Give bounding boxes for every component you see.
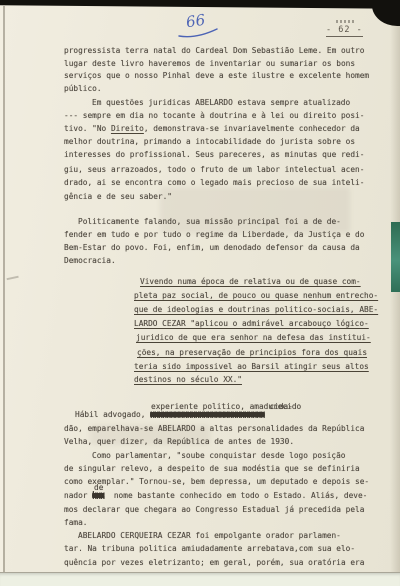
underlined-word: Direito	[111, 124, 144, 133]
pencil-scribble-mark	[336, 20, 356, 23]
typewritten-line: como exemplar." Tornou-se, bem depressa,…	[64, 477, 369, 486]
line-segment: nador	[64, 491, 92, 500]
typed-correction: de	[94, 483, 103, 492]
typewritten-line: drado, ai se encontra como o legado mais…	[64, 178, 364, 187]
binding-crease-line	[3, 6, 5, 573]
typewritten-line: mos declarar que chegara ao Congresso Es…	[64, 505, 364, 514]
typewritten-line-with-correction: nador kxxde nome bastante conhecido em t…	[64, 491, 367, 500]
block-quote-line: teria sido impossivel ao Barsil atingir …	[134, 362, 369, 371]
line-segment: nome bastante conhecido em todo o Estado…	[104, 491, 367, 500]
underlying-pages-edge	[0, 572, 400, 586]
line-segment: tivo. "No	[64, 124, 111, 133]
document-page: 66 - 62 - progressista terra natal do Ca…	[0, 5, 400, 573]
typewritten-line: Politicamente falando, sua missão princi…	[78, 217, 341, 226]
typewritten-line: tar. Na tribuna politica amiudadamente a…	[64, 544, 355, 553]
block-quote-line: destinos no século XX."	[134, 375, 242, 384]
block-quote-line: ções, na preservação de principios fora …	[137, 348, 367, 357]
typewritten-line: melhor doutrina, primando a intocabilida…	[64, 137, 355, 146]
line-segment: , demonstrava-se invariavelmente conhece…	[144, 124, 360, 133]
typewritten-line: ABELARDO CERQUEIRA CEZAR foi empolgante …	[78, 531, 341, 540]
block-quote-line: Vivendo numa época de relativa ou de qua…	[140, 277, 361, 286]
typewritten-line: Democracia.	[64, 256, 116, 265]
typewritten-line: progressista terra natal do Cardeal Dom …	[64, 46, 364, 55]
typewritten-line: público.	[64, 84, 102, 93]
block-quote-line: LARDO CEZAR "aplicou o admirável arcabou…	[134, 319, 369, 328]
typewritten-line: fama.	[64, 518, 87, 527]
typewritten-line: tivo. "No Direito, demonstrava-se invari…	[64, 124, 360, 133]
line-segment: Hábil advogado,	[75, 410, 150, 419]
strikethrough-text: xxxxxxxxxxxxxxxxxxxxxxxxxxxx	[150, 410, 265, 419]
typewritten-line-with-correction: Hábil advogado, xxxxxxxxxxxxxxxxxxxxxxxx…	[75, 410, 293, 419]
folio-underline-stroke	[176, 27, 220, 39]
typewritten-line: --- sempre em dia no tocante à doutrina …	[64, 111, 364, 120]
typewritten-line: Em questões juridicas ABELARDO estava se…	[92, 98, 350, 107]
block-quote-line: que de ideologias e doutrinas politico-s…	[134, 305, 378, 314]
ink-bleed-smudge	[160, 187, 350, 233]
typewritten-line: Velha, quer dizer, da República de antes…	[64, 437, 294, 446]
typewritten-line: Bem-Estar do povo. Foi, enfim, um denoda…	[64, 243, 360, 252]
typewritten-line: Como parlamentar, "soube conquistar desd…	[92, 451, 345, 460]
typewritten-line: gência e de seu saber."	[64, 192, 172, 201]
block-quote-line: pleta paz social, de pouco ou quase nenh…	[134, 291, 378, 300]
typewritten-line: serviços que o nosso Pinhal deve a este …	[64, 71, 369, 80]
green-bookmark-tab	[391, 222, 400, 292]
strikethrough-text: kxx	[92, 491, 104, 500]
typewritten-line: quência por vezes eletrizanto; em geral,…	[64, 558, 364, 567]
typewritten-line: de singular relevo, a despeito de sua mo…	[64, 464, 360, 473]
typewritten-line: fender em tudo e por tudo o regime da Li…	[64, 230, 364, 239]
line-segment: cida-	[265, 402, 293, 411]
margin-pencil-mark	[5, 270, 18, 280]
typewritten-line: giu, seus arrazoados, todo o fruto de um…	[64, 165, 364, 174]
typewritten-line: dão, emparelhava-se ABELARDO a altas per…	[64, 424, 364, 433]
block-quote-line: juridico de que era senhor na defesa das…	[136, 333, 371, 342]
page-number: - 62 -	[326, 25, 363, 37]
typewritten-line: interesses do profissional. Seus parecer…	[64, 150, 364, 159]
typewritten-line: lugar deste livro haveremos de inventari…	[64, 59, 355, 68]
